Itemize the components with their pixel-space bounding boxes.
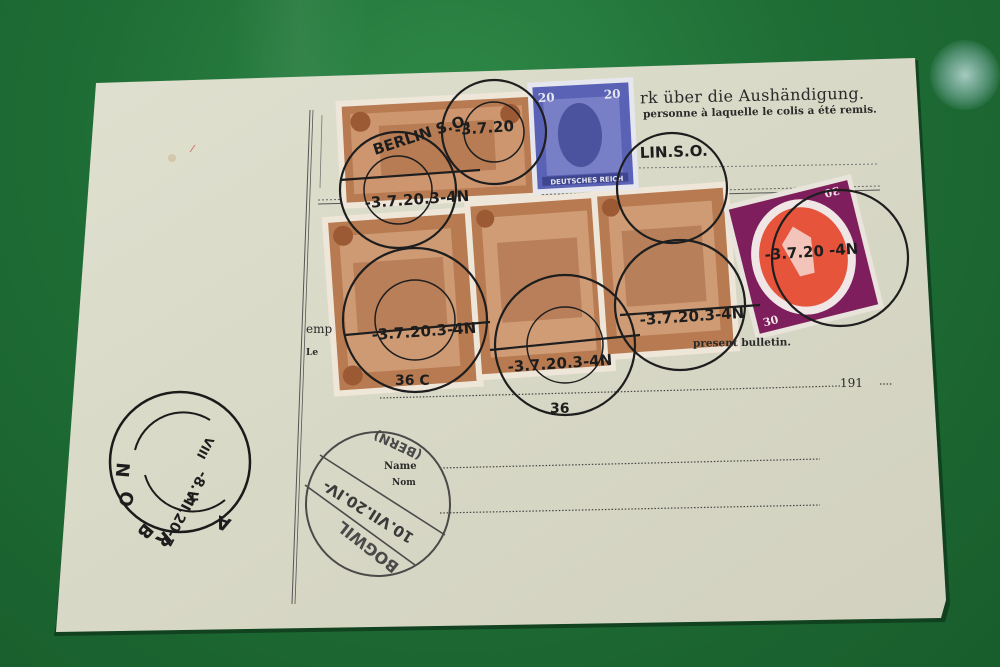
svg-text:LIN.S.O.: LIN.S.O. bbox=[640, 142, 709, 162]
svg-text:20: 20 bbox=[604, 87, 621, 102]
stamp-brown-right bbox=[591, 181, 741, 360]
svg-text:20: 20 bbox=[538, 90, 555, 105]
parcel-card: 20 20 DEUTSCHES REICH 30 30 bbox=[0, 0, 1000, 667]
svg-text:+: + bbox=[185, 489, 200, 510]
year-field: 191 bbox=[840, 376, 863, 390]
name-label-french: Nom bbox=[392, 478, 416, 488]
svg-text:36: 36 bbox=[550, 401, 569, 417]
stamp-germania-20: 20 20 DEUTSCHES REICH bbox=[527, 77, 639, 194]
field-emp: emp bbox=[306, 322, 332, 336]
name-label-german: Name bbox=[384, 461, 417, 472]
svg-text:N: N bbox=[111, 462, 133, 479]
svg-text:36 C: 36 C bbox=[395, 373, 430, 389]
present-bulletin-text: present bulletin. bbox=[693, 336, 791, 349]
field-le: Le bbox=[306, 348, 318, 358]
